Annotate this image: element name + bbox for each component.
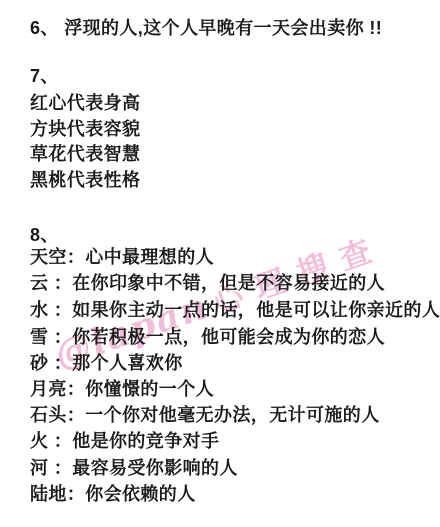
item7-line-diamonds: 方块代表容貌 [30,120,140,139]
item8-line-land: 陆地：你会依赖的人 [30,485,196,504]
item8-line-sand: 砂 ：那个人喜欢你 [30,354,183,373]
item8-line-cloud: 云 ：在你印象中不错，但是不容易接近的人 [30,274,385,293]
document-page: @lapan心理搜查 6、 浮现的人,这个人早晚有一天会出卖你 !! 7、 红心… [0,0,440,527]
item7-heading: 7、 [30,67,59,86]
item7-line-hearts: 红心代表身高 [30,94,140,113]
item8-line-sky: 天空：心中最理想的人 [30,248,214,267]
item7-line-clubs: 草花代表智慧 [30,145,140,164]
item8-line-snow: 雪 ：你若积极一点，他可能会成为你的恋人 [30,328,385,347]
item7-line-spades: 黑桃代表性格 [30,171,140,190]
item8-line-stone: 石头：一个你对他毫无办法，无计可施的人 [30,406,380,425]
item8-line-river: 河 ：最容易受你影响的人 [30,459,238,478]
item8-heading: 8、 [30,226,59,245]
item8-line-fire: 火 ：他是你的竞争对手 [30,432,219,451]
item8-line-water: 水 ：如果你主动一点的话，他是可以让你亲近的人 [30,301,440,320]
item8-line-moon: 月亮：你憧憬的一个人 [30,380,214,399]
item6-text: 6、 浮现的人,这个人早晚有一天会出卖你 !! [30,19,382,38]
